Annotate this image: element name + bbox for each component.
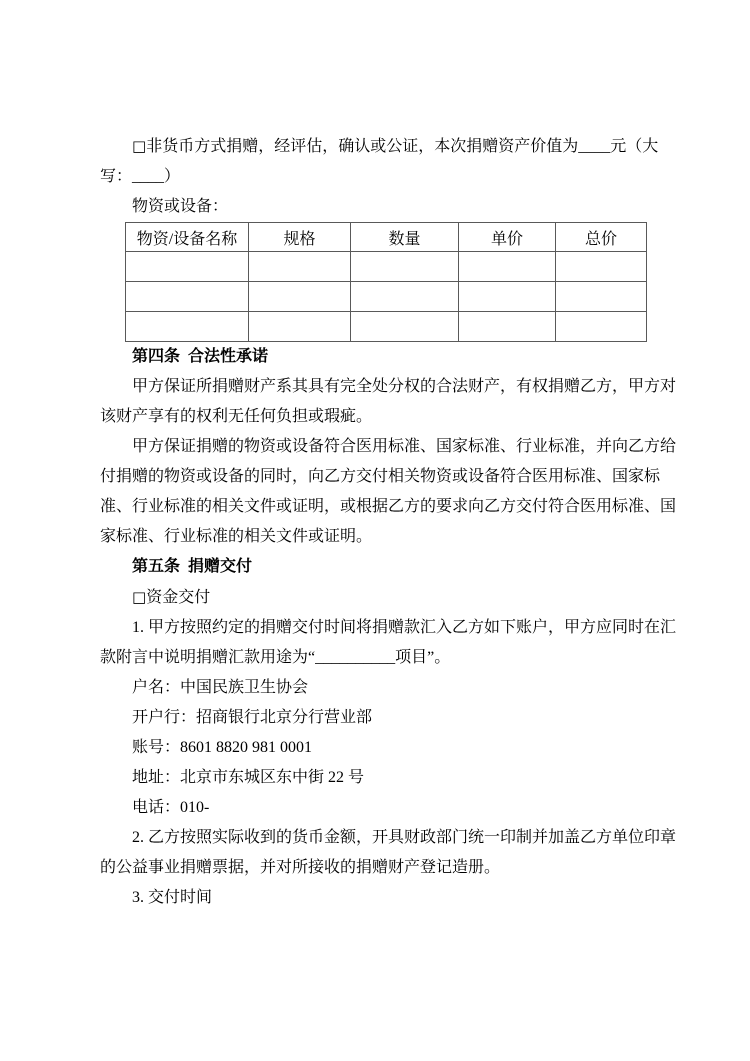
table-cell-empty	[249, 252, 351, 282]
table-cell-empty	[351, 252, 459, 282]
address: 地址：北京市东城区东中街 22 号	[100, 763, 650, 793]
table-header-quantity: 数量	[351, 223, 459, 252]
table-header-total-price: 总价	[556, 223, 647, 252]
table-row	[126, 282, 647, 312]
checkbox-icon[interactable]: □	[132, 582, 146, 612]
table-cell-empty	[126, 282, 249, 312]
table-cell-empty	[459, 312, 556, 342]
document-page: □非货币方式捐赠，经评估，确认或公证，本次捐赠资产价值为____元（大 写：__…	[0, 0, 750, 1061]
article5-item2-line1: 2. 乙方按照实际收到的货币金额，开具财政部门统一印制并加盖乙方单位印章	[100, 823, 650, 853]
bank-branch: 开户行：招商银行北京分行营业部	[100, 703, 650, 733]
table-cell-empty	[351, 282, 459, 312]
table-header-unit-price: 单价	[459, 223, 556, 252]
table-cell-empty	[556, 312, 647, 342]
table-header-name: 物资/设备名称	[126, 223, 249, 252]
article5-heading: 第五条 捐赠交付	[100, 552, 650, 582]
non-monetary-donation-text-wrap: 写：____）	[100, 162, 650, 192]
article4-paragraph2-line2: 付捐赠的物资或设备的同时，向乙方交付相关物资或设备符合医用标准、国家标	[100, 462, 650, 492]
table-cell-empty	[249, 312, 351, 342]
table-header-spec: 规格	[249, 223, 351, 252]
table-cell-empty	[459, 282, 556, 312]
funds-delivery-text: 资金交付	[146, 589, 210, 606]
document-content: □非货币方式捐赠，经评估，确认或公证，本次捐赠资产价值为____元（大 写：__…	[100, 131, 650, 913]
table-cell-empty	[126, 252, 249, 282]
table-cell-empty	[126, 312, 249, 342]
checkbox-icon[interactable]: □	[132, 131, 146, 161]
table-row	[126, 252, 647, 282]
table-cell-empty	[351, 312, 459, 342]
funds-delivery-option: □资金交付	[100, 582, 650, 613]
non-monetary-donation-text: 非货币方式捐赠，经评估，确认或公证，本次捐赠资产价值为____元（大	[146, 138, 658, 155]
materials-label: 物资或设备：	[100, 192, 650, 222]
article4-heading: 第四条 合法性承诺	[100, 342, 650, 372]
article5-item1-line1: 1. 甲方按照约定的捐赠交付时间将捐赠款汇入乙方如下账户，甲方应同时在汇	[100, 613, 650, 643]
non-monetary-donation-option: □非货币方式捐赠，经评估，确认或公证，本次捐赠资产价值为____元（大	[100, 131, 650, 162]
table-cell-empty	[556, 252, 647, 282]
article5-item2-line2: 的公益事业捐赠票据，并对所接收的捐赠财产登记造册。	[100, 853, 650, 883]
phone: 电话：010-	[100, 793, 650, 823]
article5-item3: 3. 交付时间	[100, 883, 650, 913]
article4-paragraph1-line1: 甲方保证所捐赠财产系其具有完全处分权的合法财产，有权捐赠乙方，甲方对	[100, 372, 650, 402]
article5-item1-line2: 款附言中说明捐赠汇款用途为“__________项目”。	[100, 643, 650, 673]
article4-paragraph2-line1: 甲方保证捐赠的物资或设备符合医用标准、国家标准、行业标准，并向乙方给	[100, 432, 650, 462]
table-cell-empty	[249, 282, 351, 312]
table-row	[126, 312, 647, 342]
account-number: 账号：8601 8820 981 0001	[100, 733, 650, 763]
account-name: 户名：中国民族卫生协会	[100, 673, 650, 703]
table-header-row: 物资/设备名称 规格 数量 单价 总价	[126, 223, 647, 252]
table-cell-empty	[556, 282, 647, 312]
article4-paragraph2-line4: 家标准、行业标准的相关文件或证明。	[100, 522, 650, 552]
article4-paragraph1-line2: 该财产享有的权利无任何负担或瑕疵。	[100, 402, 650, 432]
article4-paragraph2-line3: 准、行业标准的相关文件或证明，或根据乙方的要求向乙方交付符合医用标准、国	[100, 492, 650, 522]
materials-table: 物资/设备名称 规格 数量 单价 总价	[125, 222, 647, 342]
table-cell-empty	[459, 252, 556, 282]
